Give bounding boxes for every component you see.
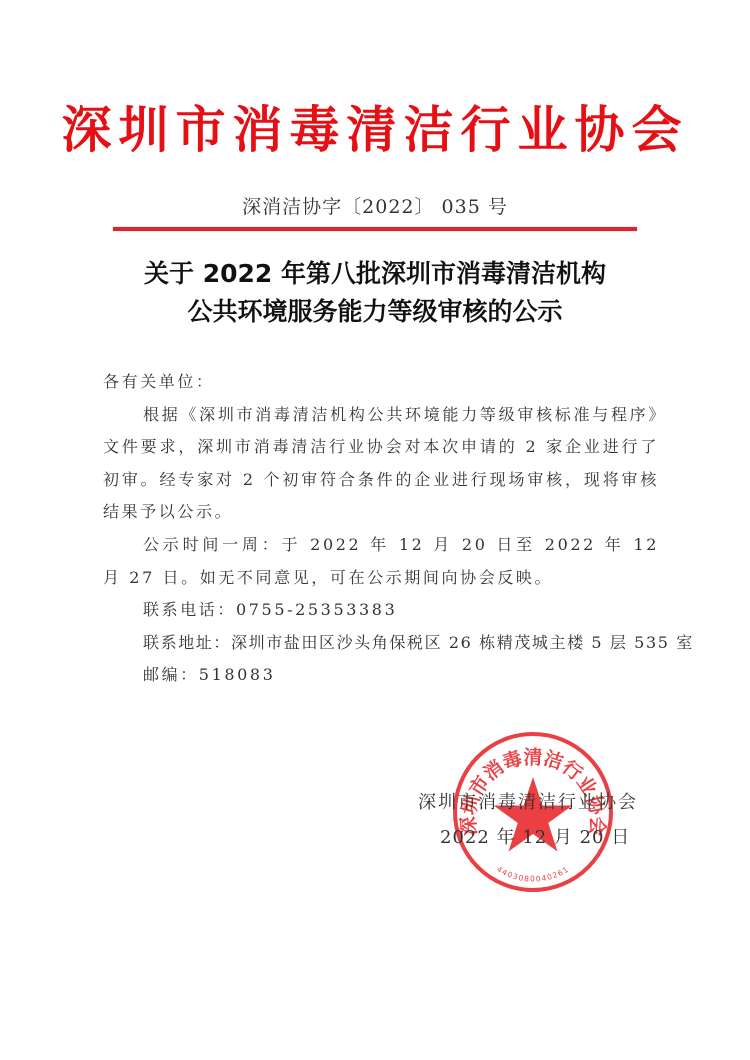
issue-date: 2022 年 12 月 20 日 (440, 824, 620, 852)
notice-body: 各有关单位： 根据《深圳市消毒清洁机构公共环境能力等级审核标准与程序》文件要求，… (103, 366, 659, 692)
contact-address: 联系地址：深圳市盐田区沙头角保税区 26 栋精茂城主楼 5 层 535 室 (103, 627, 659, 660)
paragraph-review-description: 根据《深圳市消毒清洁机构公共环境能力等级审核标准与程序》文件要求，深圳市消毒清洁… (103, 399, 659, 529)
header-divider (113, 227, 637, 231)
issuer-signature: 深圳市消毒清洁行业协会 (417, 789, 639, 817)
salutation: 各有关单位： (103, 366, 659, 399)
notice-title: 关于 2022 年第八批深圳市消毒清洁机构 公共环境服务能力等级审核的公示 (0, 255, 750, 331)
paragraph-publicity-period: 公示时间一周：于 2022 年 12 月 20 日至 2022 年 12 月 2… (103, 529, 659, 594)
contact-phone: 联系电话：0755-25353383 (103, 594, 659, 627)
postal-code: 邮编：518083 (103, 659, 659, 692)
notice-title-line-2: 公共环境服务能力等级审核的公示 (0, 293, 750, 331)
document-number: 深消洁协字〔2022〕 035 号 (0, 192, 750, 222)
organization-title: 深圳市消毒清洁行业协会 (0, 100, 750, 160)
notice-title-line-1: 关于 2022 年第八批深圳市消毒清洁机构 (0, 255, 750, 293)
seal-serial-number: 4403080040261 (495, 865, 571, 884)
svg-text:4403080040261: 4403080040261 (495, 865, 571, 884)
